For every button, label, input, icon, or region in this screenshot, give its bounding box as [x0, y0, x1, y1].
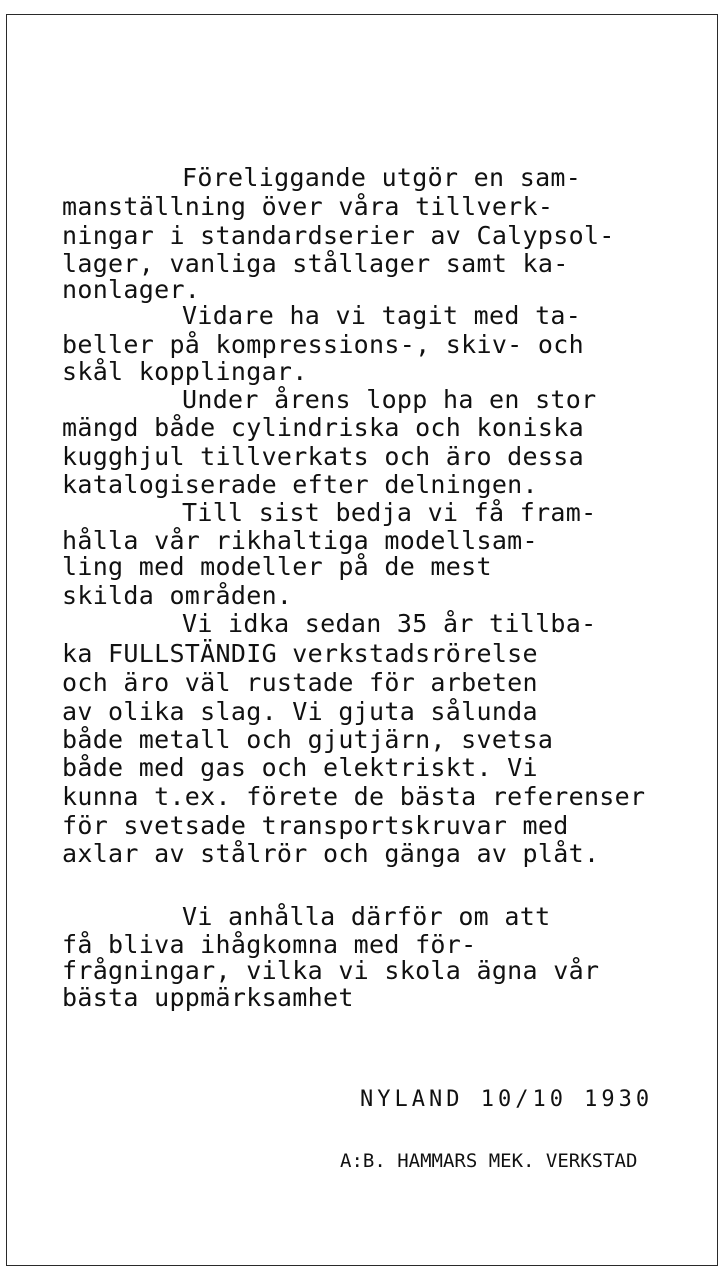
letter-line: Under årens lopp ha en stor	[182, 386, 596, 414]
letter-line: ka FULLSTÄNDIG verkstadsrörelse	[62, 640, 538, 668]
letter-line: och äro väl rustade för arbeten	[62, 669, 538, 697]
letter-line: ling med modeller på de mest	[62, 553, 492, 581]
letter-line: Vi anhålla därför om att	[182, 903, 550, 931]
letter-line: skilda områden.	[62, 582, 292, 610]
letter-line: kugghjul tillverkats och äro dessa	[62, 443, 584, 471]
letter-line: Vidare ha vi tagit med ta-	[182, 302, 581, 330]
letter-line: axlar av stålrör och gänga av plåt.	[62, 840, 599, 868]
letter-line: för svetsade transportskruvar med	[62, 812, 569, 840]
signature: A:B. HAMMARS MEK. VERKSTAD	[340, 1147, 637, 1175]
letter-line: mängd både cylindriska och koniska	[62, 414, 584, 442]
letter-line: lager, vanliga stållager samt ka-	[62, 250, 569, 278]
letter-line: frågningar, vilka vi skola ägna vår	[62, 957, 599, 985]
letter-line: Föreliggande utgör en sam-	[182, 164, 581, 192]
letter-line: manställning över våra tillverk-	[62, 193, 553, 221]
letter-line: Vi idka sedan 35 år tillba-	[182, 610, 596, 638]
letter-line: ningar i standardserier av Calypsol-	[62, 222, 615, 250]
letter-line: nonlager.	[62, 276, 200, 304]
letter-line: skål kopplingar.	[62, 358, 308, 386]
letter-line: av olika slag. Vi gjuta sålunda	[62, 698, 538, 726]
letter-line: kunna t.ex. förete de bästa referenser	[62, 783, 645, 811]
letter-line: bästa uppmärksamhet	[62, 984, 354, 1012]
letter-line: få bliva ihågkomna med för-	[62, 931, 476, 959]
place-date: NYLAND 10/10 1930	[360, 1086, 653, 1114]
letter-line: både metall och gjutjärn, svetsa	[62, 726, 553, 754]
letter-line: katalogiserade efter delningen.	[62, 471, 538, 499]
letter-line: Till sist bedja vi få fram-	[182, 499, 596, 527]
letter-line: hålla vår rikhaltiga modellsam-	[62, 527, 538, 555]
letter-line: beller på kompressions-, skiv- och	[62, 331, 584, 359]
letter-line: både med gas och elektriskt. Vi	[62, 754, 538, 782]
